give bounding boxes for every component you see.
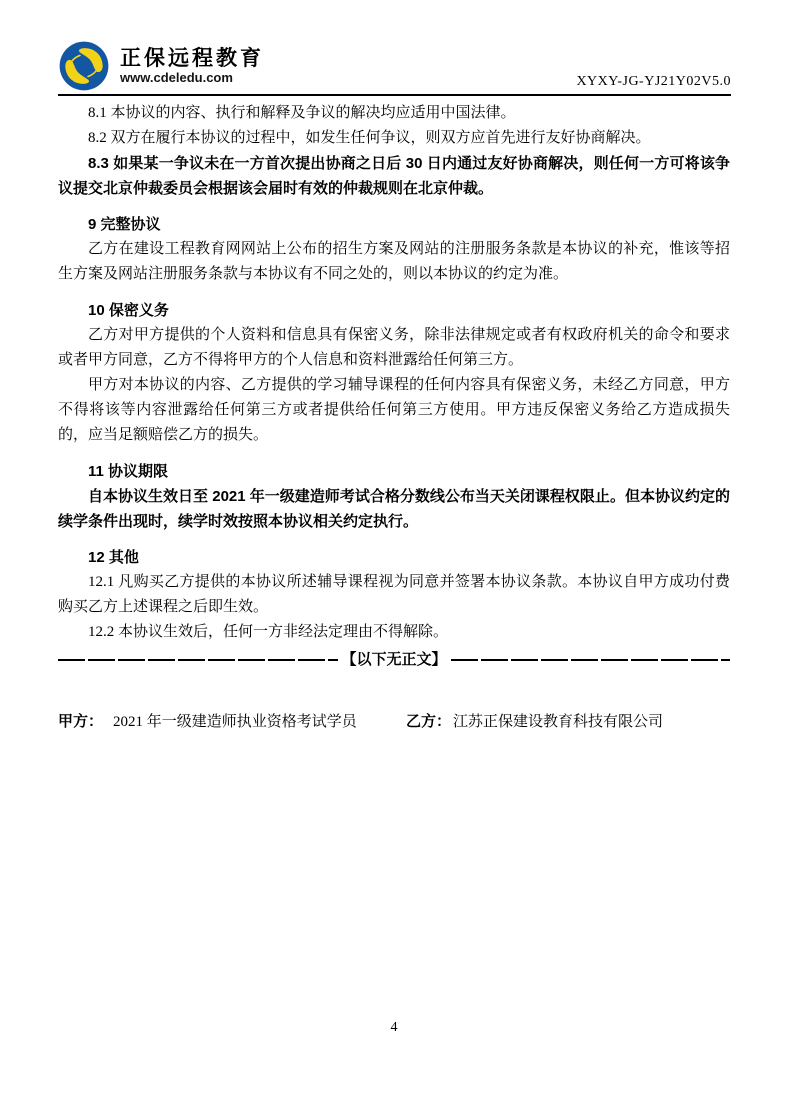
brand-name: 正保远程教育 xyxy=(120,46,264,71)
party-a-name: 2021 年一级建造师执业资格考试学员 xyxy=(113,714,357,730)
clause-8-3: 8.3 如果某一争议未在一方首次提出协商之日后 30 日内通过友好协商解决，则任… xyxy=(58,151,730,201)
section-10-paragraph-2: 甲方对本协议的内容、乙方提供的学习辅导课程的任何内容具有保密义务，未经乙方同意，… xyxy=(58,373,730,448)
page-number: 4 xyxy=(0,1020,788,1036)
contract-body: 8.1 本协议的内容、执行和解释及争议的解决均应适用中国法律。 8.2 双方在履… xyxy=(58,101,730,645)
dash-line-right xyxy=(451,659,731,661)
clause-12-1: 12.1 凡购买乙方提供的本协议所述辅导课程视为同意并签署本协议条款。本协议自甲… xyxy=(58,570,730,620)
end-of-text-separator: 【以下无正文】 xyxy=(58,649,730,671)
header-divider xyxy=(58,94,731,96)
end-of-text-label: 【以下无正文】 xyxy=(342,649,447,671)
section-11-heading: 11 协议期限 xyxy=(58,459,730,484)
clause-12-2: 12.2 本协议生效后，任何一方非经法定理由不得解除。 xyxy=(58,620,730,645)
doc-code: XYXY-JG-YJ21Y02V5.0 xyxy=(576,74,731,92)
party-a: 甲方：2021 年一级建造师执业资格考试学员 xyxy=(58,709,406,735)
brand-text: 正保远程教育 www.cdeledu.com xyxy=(120,46,264,85)
clause-8-1: 8.1 本协议的内容、执行和解释及争议的解决均应适用中国法律。 xyxy=(58,101,730,126)
document-page: 正保远程教育 www.cdeledu.com XYXY-JG-YJ21Y02V5… xyxy=(0,0,788,1119)
page-header: 正保远程教育 www.cdeledu.com XYXY-JG-YJ21Y02V5… xyxy=(58,40,731,92)
section-9-paragraph: 乙方在建设工程教育网网站上公布的招生方案及网站的注册服务条款是本协议的补充，惟该… xyxy=(58,237,730,287)
party-b-label: 乙方： xyxy=(406,713,451,730)
brand-url: www.cdeledu.com xyxy=(120,71,264,85)
brand: 正保远程教育 www.cdeledu.com xyxy=(58,40,264,92)
section-11-paragraph: 自本协议生效日至 2021 年一级建造师考试合格分数线公布当天关闭课程权限止。但… xyxy=(58,484,730,534)
section-9-heading: 9 完整协议 xyxy=(58,212,730,237)
party-b: 乙方：江苏正保建设教育科技有限公司 xyxy=(406,709,663,735)
parties-row: 甲方：2021 年一级建造师执业资格考试学员 乙方：江苏正保建设教育科技有限公司 xyxy=(58,709,730,735)
section-12-heading: 12 其他 xyxy=(58,545,730,570)
dash-line-left xyxy=(58,659,338,661)
cdel-swirl-logo-icon xyxy=(58,40,110,92)
party-b-name: 江苏正保建设教育科技有限公司 xyxy=(453,714,663,730)
party-a-label: 甲方： xyxy=(58,713,103,730)
section-10-paragraph-1: 乙方对甲方提供的个人资料和信息具有保密义务，除非法律规定或者有权政府机关的命令和… xyxy=(58,323,730,373)
clause-8-2: 8.2 双方在履行本协议的过程中，如发生任何争议，则双方应首先进行友好协商解决。 xyxy=(58,126,730,151)
section-10-heading: 10 保密义务 xyxy=(58,298,730,323)
